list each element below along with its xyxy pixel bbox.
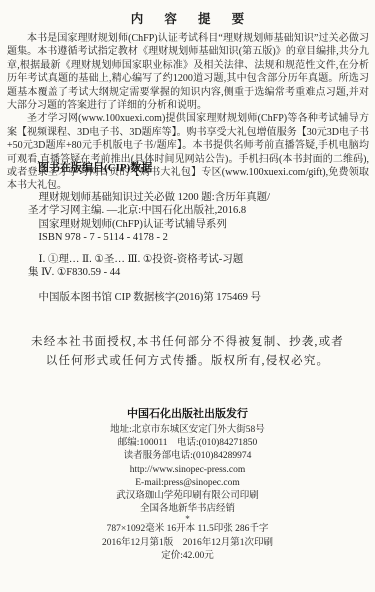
colophon-line: E-mail:press@sinopec.com	[0, 477, 375, 490]
colophon-line: 地址:北京市东城区安定门外大街58号	[0, 424, 375, 437]
cip-line: Ⅰ. ①理… Ⅱ. ①圣… Ⅲ. ①投资-资格考试-习题	[28, 253, 357, 267]
colophon-separator: *	[0, 516, 375, 523]
copyright-notice-line: 未经本社书面授权,本书任何部分不得被复制、抄袭,或者	[0, 333, 375, 352]
cip-line: 集 Ⅳ. ①F830.59 - 44	[28, 266, 357, 280]
colophon-spec-line: 定价:42.00元	[0, 550, 375, 563]
copyright-notice-line: 以任何形式或任何方式传播。版权所有,侵权必究。	[0, 352, 375, 371]
publisher-line: 中国石化出版社出版发行	[0, 407, 375, 422]
colophon-line: 武汉珞珈山学苑印刷有限公司印刷	[0, 490, 375, 503]
cip-line: 理财规划师基础知识过关必做 1200 题:含历年真题/	[28, 191, 357, 205]
cip-line: ISBN 978 - 7 - 5114 - 4178 - 2	[28, 231, 357, 245]
colophon-spec-line: 2016年12月第1版 2016年12月第1次印刷	[0, 537, 375, 550]
book-copyright-page: 内 容 提 要 本书是国家理财规划师(ChFP)认证考试科目“理财规划师基础知识…	[0, 0, 375, 592]
cip-record-number: 中国版本图书馆 CIP 数据核字(2016)第 175469 号	[28, 291, 357, 305]
cip-section: 图书在版编目(CIP)数据 理财规划师基础知识过关必做 1200 题:含历年真题…	[28, 162, 357, 304]
cip-heading: 图书在版编目(CIP)数据	[38, 162, 357, 176]
colophon-line: 邮编:100011 电话:(010)84271850	[0, 437, 375, 450]
colophon-contact-lines: 地址:北京市东城区安定门外大街58号邮编:100011 电话:(010)8427…	[0, 424, 375, 516]
cip-line: 圣才学习网主编. —北京:中国石化出版社,2016.8	[28, 204, 357, 218]
colophon-line: 读者服务部电话:(010)84289974	[0, 450, 375, 463]
summary-title: 内 容 提 要	[0, 9, 375, 27]
colophon-line: http://www.sinopec-press.com	[0, 464, 375, 477]
colophon-spec-lines: 787×1092毫米 16开本 11.5印张 286千字2016年12月第1版 …	[0, 523, 375, 563]
cip-classification-lines: Ⅰ. ①理… Ⅱ. ①圣… Ⅲ. ①投资-资格考试-习题集 Ⅳ. ①F830.5…	[28, 253, 357, 280]
cip-title-lines: 理财规划师基础知识过关必做 1200 题:含历年真题/圣才学习网主编. —北京:…	[28, 191, 357, 245]
colophon: 中国石化出版社出版发行 地址:北京市东城区安定门外大街58号邮编:100011 …	[0, 407, 375, 563]
summary-paragraph: 本书是国家理财规划师(ChFP)认证考试科目“理财规划师基础知识”过关必做习题集…	[7, 32, 369, 112]
cip-line: 国家理财规划师(ChFP)认证考试辅导系列	[28, 218, 357, 232]
colophon-spec-line: 787×1092毫米 16开本 11.5印张 286千字	[0, 523, 375, 536]
copyright-notice: 未经本社书面授权,本书任何部分不得被复制、抄袭,或者以任何形式或任何方式传播。版…	[0, 333, 375, 371]
